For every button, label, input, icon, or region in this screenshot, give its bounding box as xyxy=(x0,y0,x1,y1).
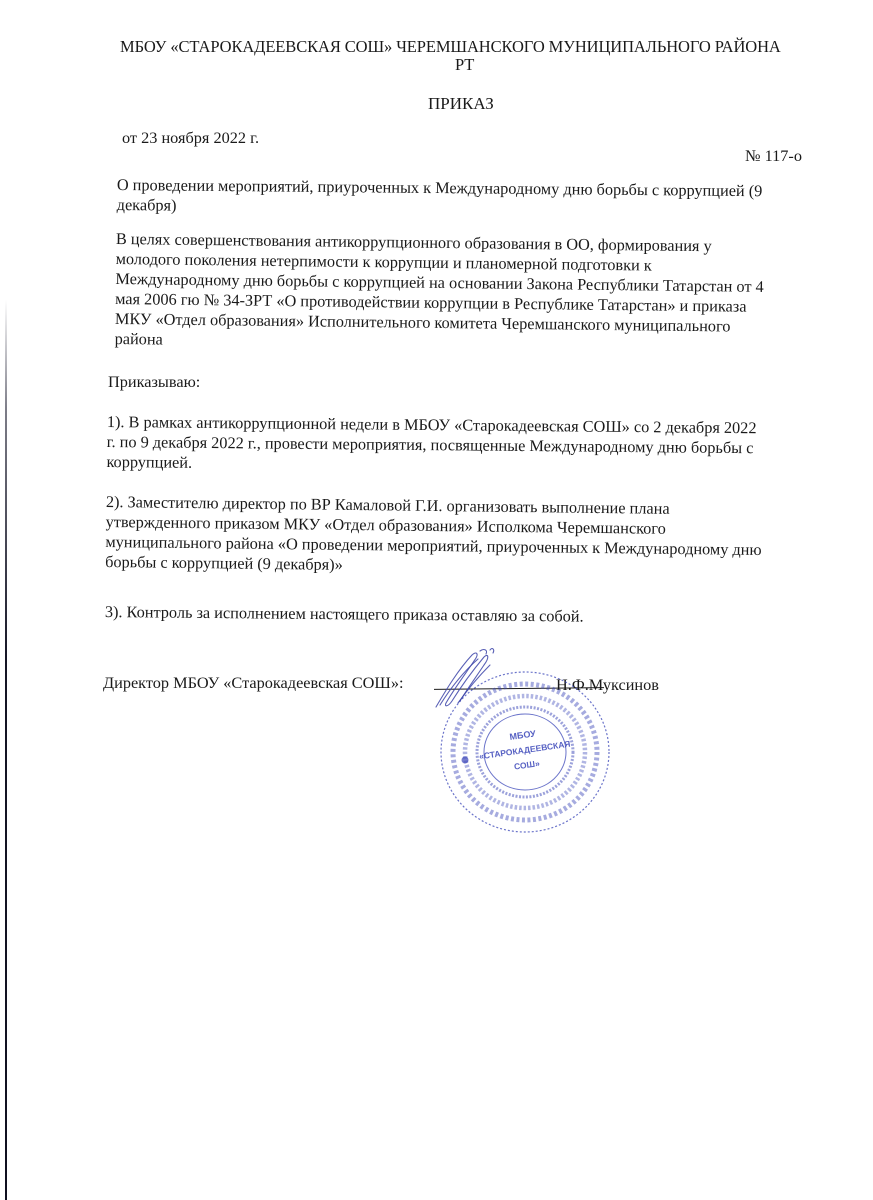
document-date: от 23 ноября 2022 г. xyxy=(122,128,259,148)
document-number: № 117-о xyxy=(745,146,802,166)
scanned-document-page: МБОУ «СТАРОКАДЕЕВСКАЯ СОШ» ЧЕРЕМШАНСКОГО… xyxy=(0,0,873,1200)
handwritten-signature-icon xyxy=(428,645,518,715)
document-subject: О проведении мероприятий, приуроченных к… xyxy=(117,175,763,221)
order-item-3: 3). Контроль за исполнением настоящего п… xyxy=(105,602,584,627)
organization-header-line1: МБОУ «СТАРОКАДЕЕВСКАЯ СОШ» ЧЕРЕМШАНСКОГО… xyxy=(120,37,781,57)
svg-text:«СТАРОКАДЕЕВСКАЯ: «СТАРОКАДЕЕВСКАЯ xyxy=(478,739,571,762)
order-item-2: 2). Заместителю директор по ВР Камаловой… xyxy=(105,492,762,580)
document-title: ПРИКАЗ xyxy=(428,94,494,114)
signatory-position: Директор МБОУ «Старокадеевская СОШ»: xyxy=(103,673,404,693)
order-item-1: 1). В рамках антикоррупционной недели в … xyxy=(106,412,756,478)
order-word: Приказываю: xyxy=(108,372,200,392)
organization-header-line2: РТ xyxy=(455,55,474,75)
scan-edge-shadow xyxy=(5,300,7,1200)
svg-text:СОШ»: СОШ» xyxy=(513,758,540,772)
order-item-line: 3). Контроль за исполнением настоящего п… xyxy=(105,602,584,627)
preamble-paragraph: В целях совершенствования антикоррупцион… xyxy=(115,229,765,357)
svg-text:МБОУ: МБОУ xyxy=(509,728,537,742)
